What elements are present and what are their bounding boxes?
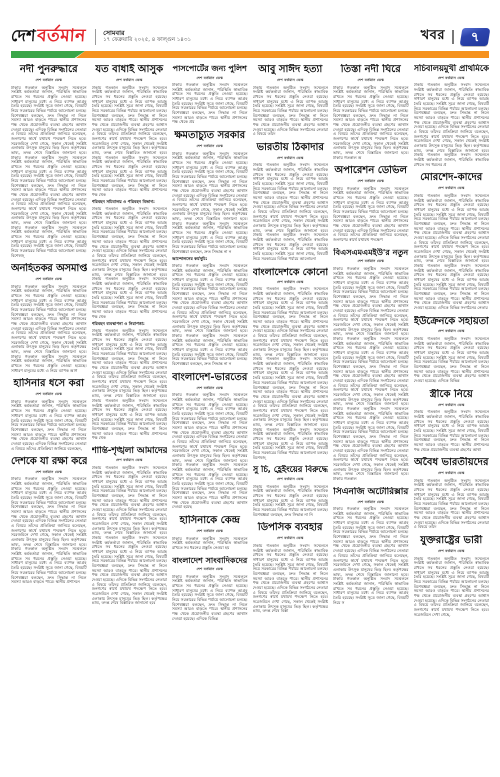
section-label: খবর xyxy=(421,26,445,47)
article-body: ঢাকায় গতকাল অনুষ্ঠিত সংবাদ সম্মেলনে সংশ… xyxy=(92,86,168,198)
article-body: ঢাকায় গতকাল অনুষ্ঠিত সংবাদ সম্মেলনে সংশ… xyxy=(414,410,490,452)
article-byline: দেশ বর্তমান ডেস্ক xyxy=(172,528,248,535)
article-byline: দেশ বর্তমান ডেস্ক xyxy=(172,385,248,392)
article: অবৈধ ভারতীয়দেরদেশ বর্তমান ডেস্কঢাকায় গ… xyxy=(414,457,490,530)
article-byline: দেশ বর্তমান ডেস্ক xyxy=(253,77,329,84)
article-body: ঢাকায় গতকাল অনুষ্ঠিত সংবাদ সম্মেলনে সংশ… xyxy=(253,86,329,137)
article-body: ঢাকায় গতকাল অনুষ্ঠিত সংবাদ সম্মেলনে সংশ… xyxy=(92,207,168,319)
article-byline: দেশ বর্তমান ডেস্ক xyxy=(414,75,490,82)
article-headline: যত বাধাই আসুক xyxy=(92,64,168,76)
article-body: ঢাকায় গতকাল অনুষ্ঠিত সংবাদ সম্মেলনে সংশ… xyxy=(172,537,248,551)
article-byline: দেশ বর্তমান ডেস্ক xyxy=(414,185,490,192)
article-headline: সিএনজি অটোরিক্সার xyxy=(333,487,409,498)
article-headline: অপারেশন ডেভিল xyxy=(333,165,409,177)
article-body: ঢাকায় গতকাল অনুষ্ঠিত সংবাদ সম্মেলনে সংশ… xyxy=(414,557,490,618)
article-headline: বাংলাদেশ-ভারতের xyxy=(172,372,248,384)
news-column-1: নদী পুনরুদ্ধারেদেশ বর্তমান ডেস্কঢাকায় গ… xyxy=(11,62,87,770)
article-byline: দেশ বর্তমান ডেস্ক xyxy=(414,548,490,555)
article-subhead: আন্দোলনের কর্মসূচি: xyxy=(172,256,248,263)
article-headline: তিস্তা নদী ঘিরে xyxy=(333,64,409,76)
article: ইউক্রেনকে সহায়তাদেশ বর্তমান ডেস্কঢাকায়… xyxy=(414,316,490,384)
article-headline: ক্ষমতাচ্যুত সরকার xyxy=(172,130,248,142)
news-column-6: সচিবালয়মুখী প্রাথমিকেদেশ বর্তমান ডেস্কঢ… xyxy=(414,62,490,770)
article: স্ত্রীকে নিয়েদেশ বর্তমান ডেস্কঢাকায় গত… xyxy=(414,389,490,453)
article-body: ঢাকায় গতকাল অনুষ্ঠিত সংবাদ সম্মেলনে সংশ… xyxy=(172,264,248,367)
logo-word-desh: দেশ xyxy=(10,23,36,50)
article: ডিপসিক ব্যবহারদেশ বর্তমান ডেস্কঢাকায় গত… xyxy=(253,522,329,614)
newspaper-logo: দেশ বর্তমান xyxy=(11,23,86,51)
article-headline: হাসিনাকে কেন্দ্র xyxy=(172,515,248,527)
article-body: ঢাকায় গতকাল অনুষ্ঠিত সংবাদ সম্মেলনে সংশ… xyxy=(414,194,490,311)
article-body: ঢাকায় গতকাল অনুষ্ঠিত সংবাদ সম্মেলনে সংশ… xyxy=(333,86,409,161)
newspaper-page: দেশ বর্তমান সোমবার ১৭ ফেব্রুয়ারি ২০২৫, … xyxy=(0,0,500,777)
article-byline: দেশ বর্তমান ডেস্ক xyxy=(333,258,409,265)
article-headline: দেশকে যা রক্ষা করে xyxy=(11,456,87,468)
article-byline: দেশ বর্তমান ডেস্ক xyxy=(333,499,409,506)
article: বাংলাদেশ সাংবাদিকদেরদেশ বর্তমান ডেস্কঢাক… xyxy=(172,556,248,622)
article: শান্তি-শৃঙ্খলা আমাদেরদেশ বর্তমান ডেস্কঢা… xyxy=(92,446,168,606)
article-headline: পাসপোর্টের জন্য পুলিশ xyxy=(172,64,248,74)
article: সু চি, হ্লেইংয়ের বিরুদ্ধেদেশ বর্তমান ডে… xyxy=(253,465,329,517)
article-headline: সচিবালয়মুখী প্রাথমিকে xyxy=(414,64,490,74)
article-body: ঢাকায় গতকাল অনুষ্ঠিত সংবাদ সম্মেলনে সংশ… xyxy=(333,267,409,482)
article: দেশকে যা রক্ষা করেদেশ বর্তমান ডেস্কঢাকায… xyxy=(11,456,87,585)
article-byline: দেশ বর্তমান ডেস্ক xyxy=(11,77,87,84)
masthead-rule-green xyxy=(11,51,85,58)
article-body: ঢাকায় গতকাল অনুষ্ঠিত সংবাদ সম্মেলনে সংশ… xyxy=(11,86,87,259)
article-byline: দেশ বর্তমান ডেস্ক xyxy=(172,143,248,150)
article-body: ঢাকায় গতকাল অনুষ্ঠিত সংবাদ সম্মেলনে সংশ… xyxy=(92,329,168,441)
article: সিএনজি অটোরিক্সারদেশ বর্তমান ডেস্কঢাকায়… xyxy=(333,487,409,605)
article-body: ঢাকায় গতকাল অনুষ্ঠিত সংবাদ সম্মেলনে সংশ… xyxy=(172,83,248,125)
article: তিস্তা নদী ঘিরেদেশ বর্তমান ডেস্কঢাকায় গ… xyxy=(333,64,409,160)
article-byline: দেশ বর্তমান ডেস্ক xyxy=(414,328,490,335)
section-separator xyxy=(452,30,454,44)
article-body: ঢাকায় গতকাল অনুষ্ঠিত সংবাদ সম্মেলনে সংশ… xyxy=(253,485,329,518)
article: আবু সাঈদ হত্যাদেশ বর্তমান ডেস্কঢাকায় গত… xyxy=(253,64,329,137)
news-column-5: তিস্তা নদী ঘিরেদেশ বর্তমান ডেস্কঢাকায় গ… xyxy=(333,62,409,770)
article-byline: দেশ বর্তমান ডেস্ক xyxy=(11,469,87,476)
article-byline: দেশ বর্তমান ডেস্ক xyxy=(172,75,248,82)
article: অপারেশন ডেভিলদেশ বর্তমান ডেস্কঢাকায় গতক… xyxy=(333,165,409,243)
article-headline: ডিপসিক ব্যবহার xyxy=(253,522,329,534)
article: বাংলাদেশ-ভারতেরদেশ বর্তমান ডেস্কঢাকায় গ… xyxy=(172,372,248,510)
article-body: ঢাকায় গতকাল অনুষ্ঠিত সংবাদ সম্মেলনে সংশ… xyxy=(11,477,87,584)
article: ভারতীয় ঠিকাদারদেশ বর্তমান ডেস্কঢাকায় গ… xyxy=(253,142,329,262)
article-headline: বাংলাদেশ সাংবাদিকদের xyxy=(172,556,248,566)
article-body: ঢাকায় গতকাল অনুষ্ঠিত সংবাদ সম্মেলনে সংশ… xyxy=(414,83,490,167)
article-byline: দেশ বর্তমান ডেস্ক xyxy=(333,77,409,84)
news-column-2: যত বাধাই আসুকদেশ বর্তমান ডেস্কঢাকায় গতক… xyxy=(92,62,168,770)
article-byline: দেশ বর্তমান ডেস্ক xyxy=(333,178,409,185)
news-column-3: পাসপোর্টের জন্য পুলিশদেশ বর্তমান ডেস্কঢা… xyxy=(172,62,248,770)
article-subhead: পরিবহন সচিবালয় ও পরিবহন বিভাগ: xyxy=(92,199,168,206)
article-body: ঢাকায় গতকাল অনুষ্ঠিত সংবাদ সম্মেলনে সংশ… xyxy=(11,400,87,451)
article-subhead: পরিবহন ব্যবস্থাপনা ও নিরাপত্তা: xyxy=(92,321,168,328)
article-headline: আবু সাঈদ হত্যা xyxy=(253,64,329,76)
article-headline: সু চি, হ্লেইংয়ের বিরুদ্ধে xyxy=(253,465,329,475)
article-headline: যুক্তরাষ্ট্রের ভারী xyxy=(414,535,490,547)
article-headline: মোরশেদ-কাদের xyxy=(414,172,490,184)
article-headline: শান্তি-শৃঙ্খলা আমাদের xyxy=(92,446,168,457)
article-byline: দেশ বর্তমান ডেস্ক xyxy=(253,279,329,286)
date-block: সোমবার ১৭ ফেব্রুয়ারি ২০২৫, ৪ ফাল্গুন ১৪… xyxy=(103,30,191,44)
article: সচিবালয়মুখী প্রাথমিকেদেশ বর্তমান ডেস্কঢ… xyxy=(414,64,490,167)
masthead-rule xyxy=(11,51,489,58)
news-column-4: আবু সাঈদ হত্যাদেশ বর্তমান ডেস্কঢাকায় গত… xyxy=(253,62,329,770)
article-byline: দেশ বর্তমান ডেস্ক xyxy=(92,77,168,84)
logo-word-bartaman: বর্তমান xyxy=(36,23,87,51)
article: অনহিতকর অসমাপ্তদেশ বর্তমান ডেস্কঢাকায় গ… xyxy=(11,263,87,373)
article-headline: ভারতীয় ঠিকাদার xyxy=(253,142,329,154)
news-columns: নদী পুনরুদ্ধারেদেশ বর্তমান ডেস্কঢাকায় গ… xyxy=(11,62,489,770)
article-body: ঢাকায় গতকাল অনুষ্ঠিত সংবাদ সম্মেলনে সংশ… xyxy=(11,285,87,374)
article-byline: দেশ বর্তমান ডেস্ক xyxy=(172,566,248,573)
article-headline: অনহিতকর অসমাপ্ত xyxy=(11,263,87,275)
article-body: ঢাকায় গতকাল অনুষ্ঠিত সংবাদ সম্মেলনে সংশ… xyxy=(172,152,248,255)
article-body: ঢাকায় গতকাল অনুষ্ঠিত সংবাদ সম্মেলনে সংশ… xyxy=(414,337,490,384)
article-body: ঢাকায় গতকাল অনুষ্ঠিত সংবাদ সম্মেলনে সংশ… xyxy=(172,393,248,510)
article-byline: দেশ বর্তমান ডেস্ক xyxy=(414,402,490,409)
article-byline: দেশ বর্তমান ডেস্ক xyxy=(253,535,329,542)
article-headline: বাংলাদেশকে কোনো xyxy=(253,267,329,278)
article-byline: দেশ বর্তমান ডেস্ক xyxy=(92,457,168,464)
article-headline: বিএসএমএমইউ'র নতুন xyxy=(333,248,409,258)
article-body: ঢাকায় গতকাল অনুষ্ঠিত সংবাদ সম্মেলনে সংশ… xyxy=(414,479,490,530)
article: যত বাধাই আসুকদেশ বর্তমান ডেস্কঢাকায় গতক… xyxy=(92,64,168,441)
page-number: ৭ xyxy=(471,30,479,43)
article-body: ঢাকায় গতকাল অনুষ্ঠিত সংবাদ সম্মেলনে সংশ… xyxy=(333,187,409,243)
article-byline: দেশ বর্তমান ডেস্ক xyxy=(11,276,87,283)
article-headline: অবৈধ ভারতীয়দের xyxy=(414,457,490,469)
article: নদী পুনরুদ্ধারেদেশ বর্তমান ডেস্কঢাকায় গ… xyxy=(11,64,87,258)
header-divider xyxy=(95,29,96,45)
article-headline: ইউক্রেনকে সহায়তা xyxy=(414,316,490,328)
article-headline: হাসিনার ধসে করা xyxy=(11,378,87,390)
article-byline: দেশ বর্তমান ডেস্ক xyxy=(253,476,329,483)
weekday-label: সোমবার xyxy=(103,30,191,37)
date-line: ১৭ ফেব্রুয়ারি ২০২৫, ৪ ফাল্গুন ১৪৩১ xyxy=(103,38,191,44)
masthead-rule-orange xyxy=(76,51,489,58)
article-byline: দেশ বর্তমান ডেস্ক xyxy=(414,470,490,477)
article: ক্ষমতাচ্যুত সরকারদেশ বর্তমান ডেস্কঢাকায়… xyxy=(172,130,248,367)
article: মোরশেদ-কাদেরদেশ বর্তমান ডেস্কঢাকায় গতকা… xyxy=(414,172,490,310)
article-byline: দেশ বর্তমান ডেস্ক xyxy=(11,391,87,398)
article: হাসিনাকে কেন্দ্রদেশ বর্তমান ডেস্কঢাকায় … xyxy=(172,515,248,551)
article-headline: নদী পুনরুদ্ধারে xyxy=(11,64,87,76)
article-body: ঢাকায় গতকাল অনুষ্ঠিত সংবাদ সম্মেলনে সংশ… xyxy=(253,287,329,460)
article: হাসিনার ধসে করাদেশ বর্তমান ডেস্কঢাকায় গ… xyxy=(11,378,87,451)
article-body: ঢাকায় গতকাল অনুষ্ঠিত সংবাদ সম্মেলনে সংশ… xyxy=(333,507,409,605)
article: পাসপোর্টের জন্য পুলিশদেশ বর্তমান ডেস্কঢা… xyxy=(172,64,248,125)
article: যুক্তরাষ্ট্রের ভারীদেশ বর্তমান ডেস্কঢাকা… xyxy=(414,535,490,617)
article-body: ঢাকায় গতকাল অনুষ্ঠিত সংবাদ সম্মেলনে সংশ… xyxy=(172,575,248,622)
article-body: ঢাকায় গতকাল অনুষ্ঠিত সংবাদ সম্মেলনে সংশ… xyxy=(253,544,329,614)
article-byline: দেশ বর্তমান ডেস্ক xyxy=(253,155,329,162)
article-body: ঢাকায় গতকাল অনুষ্ঠিত সংবাদ সম্মেলনে সংশ… xyxy=(253,163,329,261)
article: বিএসএমএমইউ'র নতুনদেশ বর্তমান ডেস্কঢাকায়… xyxy=(333,248,409,482)
page-number-flag: ৭ xyxy=(460,28,491,46)
article: বাংলাদেশকে কোনোদেশ বর্তমান ডেস্কঢাকায় গ… xyxy=(253,267,329,461)
article-body: ঢাকায় গতকাল অনুষ্ঠিত সংবাদ সম্মেলনে সংশ… xyxy=(92,466,168,606)
article-headline: স্ত্রীকে নিয়ে xyxy=(414,389,490,401)
page-header: দেশ বর্তমান সোমবার ১৭ ফেব্রুয়ারি ২০২৫, … xyxy=(11,25,489,48)
